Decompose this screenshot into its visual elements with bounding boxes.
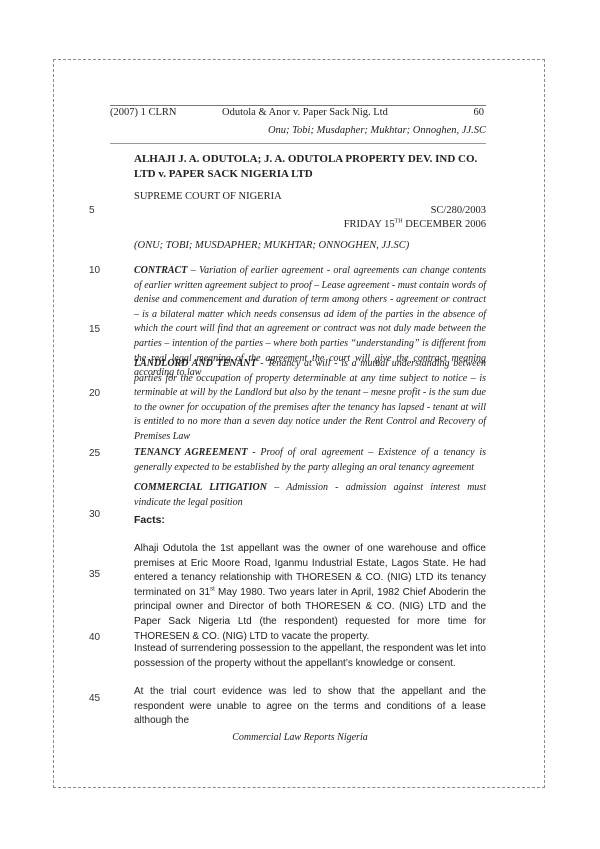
page-number: 60 bbox=[474, 107, 485, 118]
case-title: ALHAJI J. A. ODUTOLA; J. A. ODUTOLA PROP… bbox=[134, 152, 494, 182]
header-top-rule bbox=[110, 105, 486, 106]
suit-number: SC/280/2003 bbox=[344, 204, 486, 218]
running-title: Odutola & Anor v. Paper Sack Nig. Ltd bbox=[222, 107, 388, 118]
facts-paragraph-2: Instead of surrendering possession to th… bbox=[134, 642, 486, 671]
coram: (ONU; TOBI; MUSDAPHER; MUKHTAR; ONNOGHEN… bbox=[134, 240, 409, 251]
catchword-tenancy-agreement: TENANCY AGREEMENT - Proof of oral agreem… bbox=[134, 446, 486, 475]
line-number: 45 bbox=[89, 693, 100, 704]
line-number: 30 bbox=[89, 509, 100, 520]
catchword-landlord-tenant: LANDLORD AND TENANT - Tenancy at will - … bbox=[134, 357, 486, 445]
header-bottom-rule bbox=[110, 143, 486, 144]
line-number: 20 bbox=[89, 388, 100, 399]
line-number: 25 bbox=[89, 448, 100, 459]
facts-paragraph-1: Alhaji Odutola the 1st appellant was the… bbox=[134, 542, 486, 644]
suit-info: SC/280/2003 FRIDAY 15TH DECEMBER 2006 bbox=[344, 204, 486, 232]
facts-paragraph-3: At the trial court evidence was led to s… bbox=[134, 685, 486, 729]
running-header: (2007) 1 CLRN Odutola & Anor v. Paper Sa… bbox=[110, 107, 486, 121]
line-number: 40 bbox=[89, 632, 100, 643]
citation: (2007) 1 CLRN bbox=[110, 107, 177, 118]
judgment-date: FRIDAY 15TH DECEMBER 2006 bbox=[344, 218, 486, 232]
line-number: 10 bbox=[89, 265, 100, 276]
facts-heading: Facts: bbox=[134, 514, 165, 526]
line-number: 15 bbox=[89, 324, 100, 335]
court-name: SUPREME COURT OF NIGERIA bbox=[134, 191, 282, 202]
catchword-commercial-litigation: COMMERCIAL LITIGATION – Admission - admi… bbox=[134, 481, 486, 510]
footer-publication: Commercial Law Reports Nigeria bbox=[0, 732, 600, 743]
header-judges: Onu; Tobi; Musdapher; Mukhtar; Onnoghen,… bbox=[268, 125, 486, 136]
line-number: 5 bbox=[89, 205, 95, 216]
line-number: 35 bbox=[89, 569, 100, 580]
